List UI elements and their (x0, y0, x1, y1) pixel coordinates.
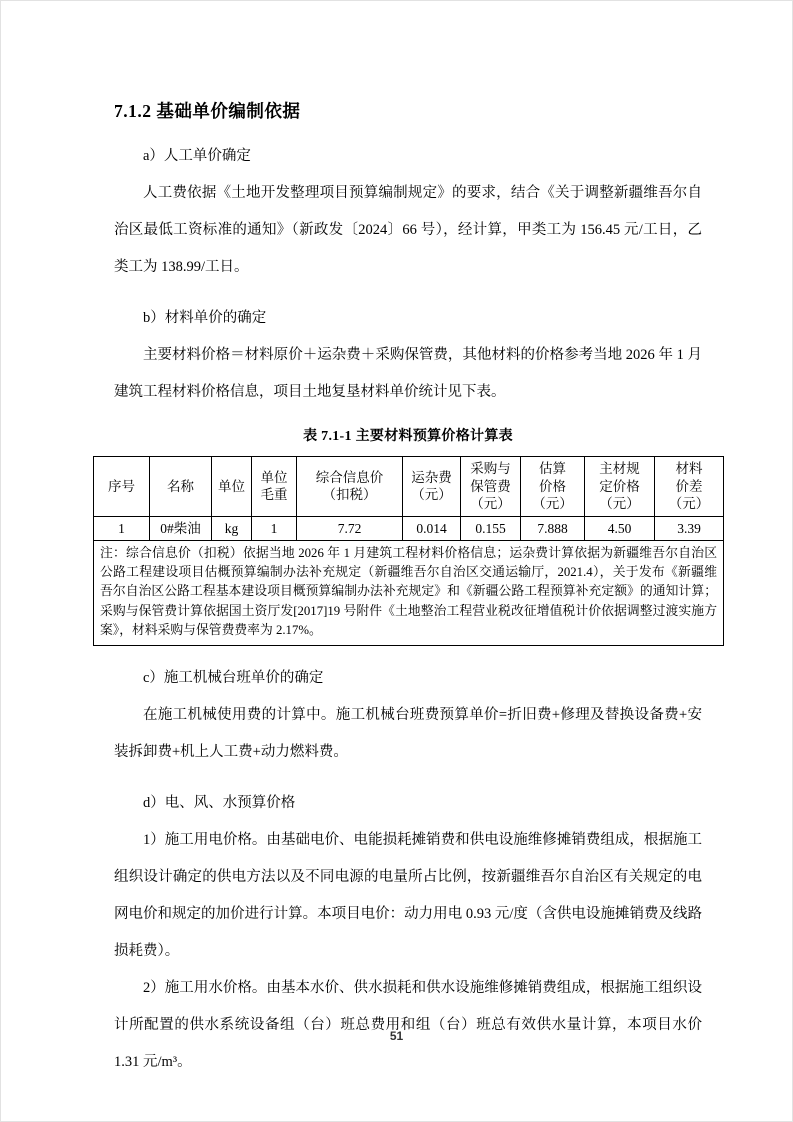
table-header-row: 序号 名称 单位 单位 毛重 综合信息价 （扣税） 运杂费 （元） 采购与 保管… (94, 457, 724, 517)
table-row: 1 0#柴油 kg 1 7.72 0.014 0.155 7.888 4.50 … (94, 516, 724, 540)
column-header-price-diff: 材料 价差 （元） (655, 457, 724, 517)
cell-index: 1 (94, 516, 150, 540)
column-header-stipulated-price: 主材规 定价格 （元） (585, 457, 655, 517)
column-header-storage-fee: 采购与 保管费 （元） (461, 457, 521, 517)
column-header-freight: 运杂费 （元） (403, 457, 461, 517)
section-heading: 7.1.2 基础单价编制依据 (114, 98, 702, 124)
table-note-row: 注：综合信息价（扣税）依据当地 2026 年 1 月建筑工程材料价格信息；运杂费… (94, 540, 724, 645)
column-header-name: 名称 (150, 457, 212, 517)
cell-name: 0#柴油 (150, 516, 212, 540)
column-header-unit-weight: 单位 毛重 (252, 457, 297, 517)
table-caption: 表 7.1-1 主要材料预算价格计算表 (114, 424, 702, 450)
paragraph-material-price: 主要材料价格＝材料原价＋运杂费＋采购保管费，其他材料的价格参考当地 2026 年… (114, 337, 702, 411)
page-content: 7.1.2 基础单价编制依据 a）人工单价确定 人工费依据《土地开发整理项目预算… (114, 1, 702, 1081)
paragraph-machinery-price: 在施工机械使用费的计算中。施工机械台班费预算单价=折旧费+修理及替换设备费+安装… (114, 697, 702, 771)
page-number: 51 (1, 1029, 792, 1043)
table-note: 注：综合信息价（扣税）依据当地 2026 年 1 月建筑工程材料价格信息；运杂费… (94, 540, 724, 645)
cell-unit-weight: 1 (252, 516, 297, 540)
item-a-label: a）人工单价确定 (114, 124, 702, 175)
cell-info-price: 7.72 (297, 516, 403, 540)
paragraph-electricity-price: 1）施工用电价格。由基础电价、电能损耗摊销费和供电设施维修摊销费组成，根据施工组… (114, 822, 702, 970)
column-header-unit: 单位 (212, 457, 252, 517)
paragraph-labor-price: 人工费依据《土地开发整理项目预算编制规定》的要求，结合《关于调整新疆维吾尔自治区… (114, 175, 702, 286)
cell-stipulated-price: 4.50 (585, 516, 655, 540)
column-header-info-price: 综合信息价 （扣税） (297, 457, 403, 517)
item-c-label: c）施工机械台班单价的确定 (114, 646, 702, 697)
item-b-label: b）材料单价的确定 (114, 286, 702, 337)
cell-freight: 0.014 (403, 516, 461, 540)
cell-price-diff: 3.39 (655, 516, 724, 540)
column-header-estimated-price: 估算 价格 （元） (521, 457, 585, 517)
item-d-label: d）电、风、水预算价格 (114, 771, 702, 822)
column-header-index: 序号 (94, 457, 150, 517)
cell-estimated-price: 7.888 (521, 516, 585, 540)
material-price-table: 序号 名称 单位 单位 毛重 综合信息价 （扣税） 运杂费 （元） 采购与 保管… (93, 456, 724, 646)
cell-storage-fee: 0.155 (461, 516, 521, 540)
cell-unit: kg (212, 516, 252, 540)
paragraph-water-price: 2）施工用水价格。由基本水价、供水损耗和供水设施维修摊销费组成，根据施工组织设计… (114, 970, 702, 1081)
document-page: 7.1.2 基础单价编制依据 a）人工单价确定 人工费依据《土地开发整理项目预算… (0, 0, 793, 1122)
